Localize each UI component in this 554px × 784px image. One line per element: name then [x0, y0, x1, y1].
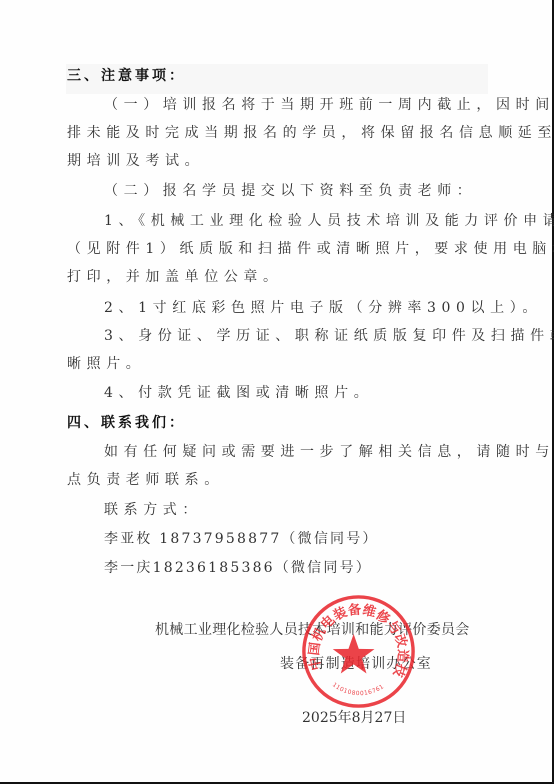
material-4-line-1: 4、付款凭证截图或清晰照片。 — [104, 384, 373, 402]
contact-person-1: 李亚枚 18737958877（微信同号） — [104, 530, 379, 548]
contact-intro-line-1: 如有任何疑问或需要进一步了解相关信息，请随时与站 — [104, 443, 554, 461]
signature-date: 2025年8月27日 — [302, 709, 406, 727]
seal-serial: 1101080016761 — [331, 682, 386, 697]
signature-organization: 机械工业理化检验人员技术培训和能力评价委员会 — [155, 621, 470, 639]
official-seal: 中国机电装备维修与改造技术协会 1101080016761 — [300, 593, 417, 710]
notice-item-one-line-3: 期培训及考试。 — [67, 152, 204, 170]
contact-intro-line-2: 点负责老师联系。 — [67, 471, 224, 489]
material-3-line-1: 3、身份证、学历证、职称证纸质版复印件及扫描件或清 — [104, 327, 554, 345]
material-1-line-3: 打印，并加盖单位公章。 — [67, 268, 283, 286]
section-three-heading: 三、注意事项： — [67, 67, 186, 85]
material-1-line-1: 1、《机械工业理化检验人员技术培训及能力评价申请表》 — [104, 212, 554, 230]
notice-item-two-lead: （二）报名学员提交以下资料至负责老师： — [104, 182, 476, 200]
svg-text:1101080016761: 1101080016761 — [331, 682, 386, 697]
contact-person-2: 李一庆18236185386（微信同号） — [104, 559, 372, 577]
signature-office: 装备再制造培训办公室 — [280, 655, 432, 673]
material-1-line-2: （见附件1）纸质版和扫描件或清晰照片，要求使用电脑填写 — [67, 240, 554, 258]
notice-item-one-line-2: 排未能及时完成当期报名的学员，将保留报名信息顺延至下一 — [67, 124, 554, 142]
material-3-line-2: 晰照片。 — [67, 355, 145, 373]
notice-item-one-line-1: （一）培训报名将于当期开班前一周内截止，因时间安 — [104, 96, 554, 114]
document-page: 三、注意事项： （一）培训报名将于当期开班前一周内截止，因时间安 排未能及时完成… — [0, 0, 554, 784]
section-four-heading: 四、联系我们： — [67, 414, 186, 432]
material-2-line-1: 2、1寸红底彩色照片电子版（分辨率300以上）。 — [104, 299, 542, 317]
contact-method-label: 联系方式： — [104, 501, 202, 519]
